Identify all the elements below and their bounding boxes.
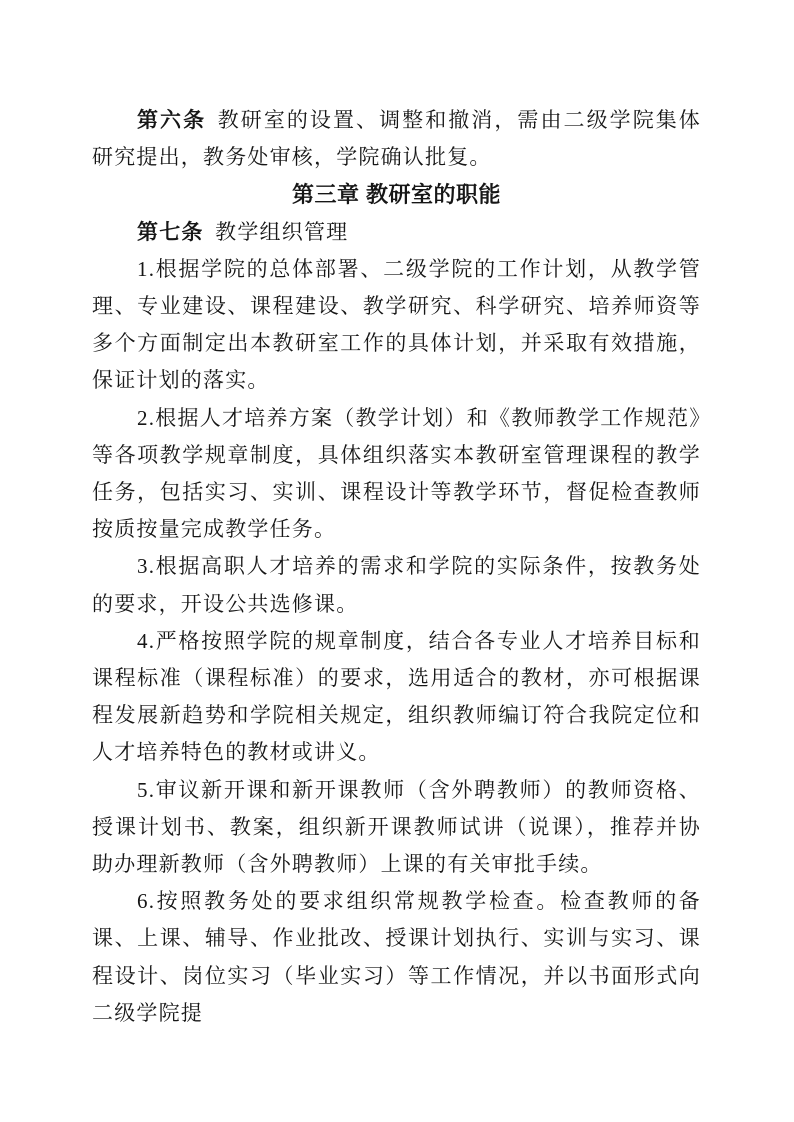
numbered-item-paragraph: 5.审议新开课和新开课教师（含外聘教师）的教师资格、授课计划书、教案，组织新开课… <box>92 772 701 884</box>
numbered-item-paragraph: 1.根据学院的总体部署、二级学院的工作计划，从教学管理、专业建设、课程建设、教学… <box>92 251 701 400</box>
chapter-heading: 第三章 教研室的职能 <box>92 176 701 213</box>
paragraph-text: 教学组织管理 <box>215 220 348 244</box>
article-paragraph: 第七条教学组织管理 <box>92 214 701 251</box>
article-number-label: 第七条 <box>137 220 204 244</box>
article-paragraph: 第六条教研室的设置、调整和撤消，需由二级学院集体研究提出，教务处审核，学院确认批… <box>92 102 701 176</box>
numbered-item-paragraph: 4.严格按照学院的规章制度，结合各专业人才培养目标和课程标准（课程标准）的要求，… <box>92 623 701 772</box>
numbered-item-paragraph: 2.根据人才培养方案（教学计划）和《教师教学工作规范》等各项教学规章制度，具体组… <box>92 400 701 549</box>
article-number-label: 第六条 <box>137 108 206 132</box>
numbered-item-paragraph: 3.根据高职人才培养的需求和学院的实际条件，按教务处的要求，开设公共选修课。 <box>92 548 701 622</box>
document-page: 第六条教研室的设置、调整和撤消，需由二级学院集体研究提出，教务处审核，学院确认批… <box>0 0 794 1122</box>
numbered-item-paragraph: 6.按照教务处的要求组织常规教学检查。检查教师的备课、上课、辅导、作业批改、授课… <box>92 883 701 1032</box>
document-content: 第六条教研室的设置、调整和撤消，需由二级学院集体研究提出，教务处审核，学院确认批… <box>92 102 701 1032</box>
